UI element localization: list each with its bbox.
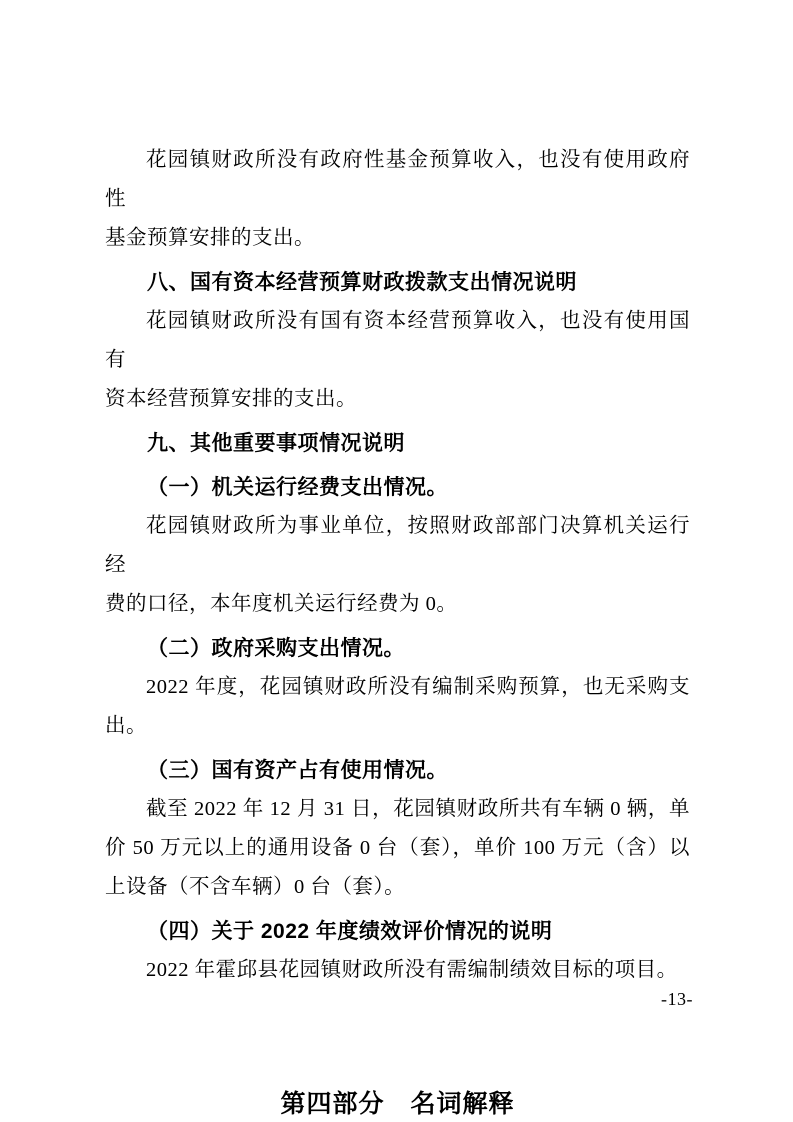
paragraph-gov-fund-budget: 花园镇财政所没有政府性基金预算收入，也没有使用政府性 基金预算安排的支出。 — [105, 141, 690, 258]
paragraph-line: 资本经营预算安排的支出。 — [105, 380, 690, 419]
paragraph-line: 花园镇财政所没有政府性基金预算收入，也没有使用政府性 — [105, 141, 690, 219]
paragraph-gov-procurement: 2022 年度，花园镇财政所没有编制采购预算，也无采购支出。 — [105, 668, 690, 746]
paragraph-line: 上设备（不含车辆）0 台（套）。 — [105, 868, 690, 907]
paragraph-line: 价 50 万元以上的通用设备 0 台（套），单价 100 万元（含）以 — [105, 829, 690, 868]
heading-section-8-state-capital: 八、国有资本经营预算财政拨款支出情况说明 — [105, 263, 690, 302]
paragraph-state-capital-budget: 花园镇财政所没有国有资本经营预算收入，也没有使用国有 资本经营预算安排的支出。 — [105, 302, 690, 419]
part-4-title-glossary: 第四部分 名词解释 — [105, 1084, 690, 1122]
paragraph-line: 花园镇财政所没有国有资本经营预算收入，也没有使用国有 — [105, 302, 690, 380]
heading-section-9-other-matters: 九、其他重要事项情况说明 — [105, 424, 690, 463]
heading-sub-3-state-assets: （三）国有资产占有使用情况。 — [105, 751, 690, 790]
paragraph-line: 2022 年度，花园镇财政所没有编制采购预算，也无采购支出。 — [105, 668, 690, 746]
document-content: 花园镇财政所没有政府性基金预算收入，也没有使用政府性 基金预算安排的支出。 八、… — [105, 141, 690, 1122]
page-number: -13- — [661, 988, 693, 1010]
heading-sub-4-performance-evaluation: （四）关于 2022 年度绩效评价情况的说明 — [105, 912, 690, 951]
paragraph-line: 费的口径，本年度机关运行经费为 0。 — [105, 585, 690, 624]
document-page: 花园镇财政所没有政府性基金预算收入，也没有使用政府性 基金预算安排的支出。 八、… — [0, 0, 793, 1122]
paragraph-line: 花园镇财政所为事业单位，按照财政部部门决算机关运行经 — [105, 507, 690, 585]
paragraph-state-assets: 截至 2022 年 12 月 31 日，花园镇财政所共有车辆 0 辆，单 价 5… — [105, 790, 690, 907]
paragraph-performance-evaluation: 2022 年霍邱县花园镇财政所没有需编制绩效目标的项目。 — [105, 951, 690, 990]
paragraph-line: 截至 2022 年 12 月 31 日，花园镇财政所共有车辆 0 辆，单 — [105, 790, 690, 829]
paragraph-line: 2022 年霍邱县花园镇财政所没有需编制绩效目标的项目。 — [105, 951, 690, 990]
paragraph-line: 基金预算安排的支出。 — [105, 219, 690, 258]
heading-sub-1-operating-expense: （一）机关运行经费支出情况。 — [105, 468, 690, 507]
heading-sub-2-gov-procurement: （二）政府采购支出情况。 — [105, 629, 690, 668]
paragraph-operating-expense: 花园镇财政所为事业单位，按照财政部部门决算机关运行经 费的口径，本年度机关运行经… — [105, 507, 690, 624]
